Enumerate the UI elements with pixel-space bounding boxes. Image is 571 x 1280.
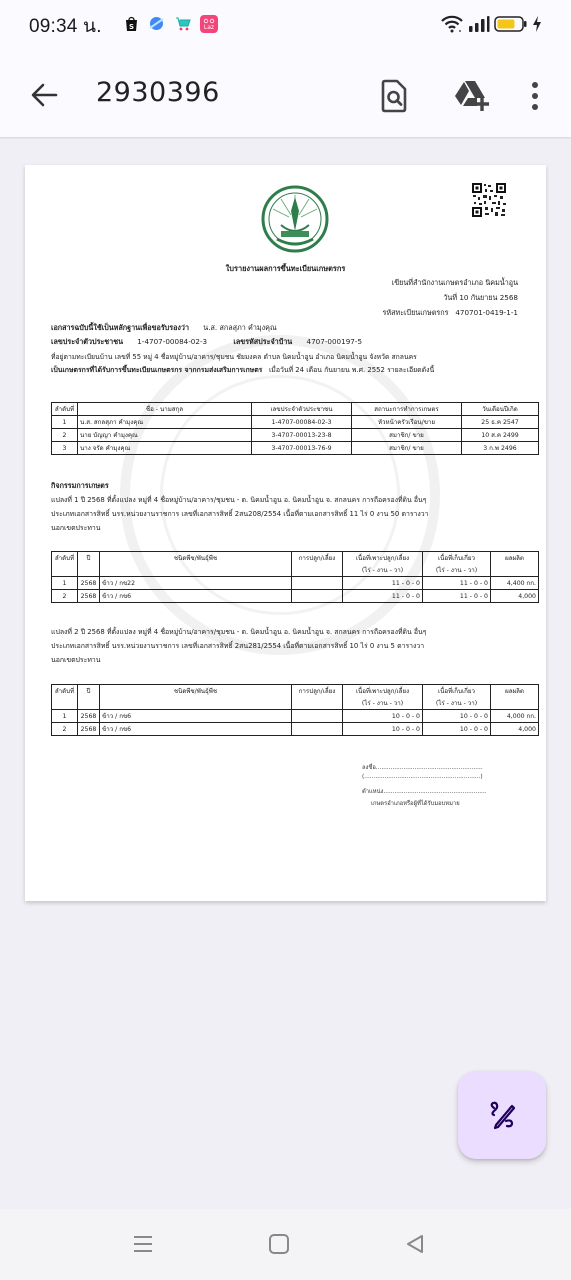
search-in-document-icon xyxy=(380,79,408,113)
house-code-value: 4707-000197-5 xyxy=(307,337,363,346)
charging-icon xyxy=(532,15,542,38)
plot-2-line-1: แปลงที่ 2 ปี 2568 ที่ตั้งแปลง หมู่ที่ 4 … xyxy=(51,627,426,638)
home-icon xyxy=(268,1233,290,1255)
table-row: 2 2568 ข้าว / กข6 10 - 0 - 0 10 - 0 - 0 … xyxy=(52,723,539,736)
signature-line: ลงชื่อ..................................… xyxy=(362,762,483,772)
shopee-icon: S xyxy=(124,15,139,37)
department-logo xyxy=(261,185,329,253)
table-header-row: ลำดับที่ ชื่อ - นามสกุล เลขประจำตัวประชา… xyxy=(52,403,539,416)
document-heading: ใบรายงานผลการขึ้นทะเบียนเกษตรกร xyxy=(25,263,546,275)
activities-title: กิจกรรมการเกษตร xyxy=(51,481,109,492)
certify-name: น.ส. สกลสุภา คำมุงคุณ xyxy=(203,323,276,332)
table-row: 1 2568 ข้าว / กข22 11 - 0 - 0 11 - 0 - 0… xyxy=(52,577,539,590)
signature-role: เกษตรอำเภอหรือผู้ที่ได้รับมอบหมาย xyxy=(371,798,460,808)
signature-position-line: ตำแหน่ง.................................… xyxy=(362,786,487,796)
plot-1-crops-table: ลำดับที่ ปี ชนิดพืช/พันธุ์พืช การปลูก/เล… xyxy=(51,551,539,603)
issue-date: วันที่ 10 กันยายน 2568 xyxy=(443,293,518,304)
battery-icon xyxy=(494,15,528,38)
plot-1-line-3: นอกเขตประทาน xyxy=(51,523,100,534)
signature-name-line: (.......................................… xyxy=(362,774,483,780)
certify-label: เอกสารฉบับนี้ใช้เป็นหลักฐานเพื่อขอรับรอง… xyxy=(51,323,189,332)
issued-at: เขียนที่สำนักงานเกษตรอำเภอ นิคมน้ำอูน xyxy=(392,278,518,289)
plot-2-crops-table: ลำดับที่ ปี ชนิดพืช/พันธุ์พืช การปลูก/เล… xyxy=(51,684,539,736)
table-header-row: ลำดับที่ ปี ชนิดพืช/พันธุ์พืช การปลูก/เล… xyxy=(52,552,539,565)
search-in-document-button[interactable] xyxy=(377,77,411,115)
more-vert-icon xyxy=(530,81,540,111)
signal-icon xyxy=(468,15,490,38)
more-options-button[interactable] xyxy=(520,77,550,115)
id-value: 1-4707-00084-02-3 xyxy=(137,337,207,346)
table-row: 2 นาย บัญญา คำมุงคุณ 3-4707-00013-23-8 ส… xyxy=(52,429,539,442)
table-row: 1 น.ส. สกลสุภา คำมุงคุณ 1-4707-00084-02-… xyxy=(52,416,539,429)
annotate-fab[interactable] xyxy=(458,1071,546,1159)
registration-code-line: รหัสทะเบียนเกษตรกร 470701-0419-1-1 xyxy=(382,308,518,319)
id-line: เลขประจำตัวประชาชน 1-4707-00084-02-3 เลข… xyxy=(51,337,362,348)
plot-1-line-2: ประเภทเอกสารสิทธิ์ นรร.หน่วยงานราชการ เล… xyxy=(51,509,429,520)
registered-date: เมื่อวันที่ 24 เดือน กันยายน พ.ศ. 2552 ร… xyxy=(269,366,434,374)
status-indicators xyxy=(440,15,542,38)
household-members-table: ลำดับที่ ชื่อ - นามสกุล เลขประจำตัวประชา… xyxy=(51,402,539,455)
lazada-icon: Laz xyxy=(200,15,218,38)
back-nav-button[interactable] xyxy=(400,1231,430,1257)
registration-code: 470701-0419-1-1 xyxy=(455,308,518,317)
svg-text:Laz: Laz xyxy=(204,24,214,31)
app-bar: 2930396 xyxy=(0,52,571,138)
plot-2-line-2: ประเภทเอกสารสิทธิ์ นรร.หน่วยงานราชการ เล… xyxy=(51,641,424,652)
add-to-drive-icon xyxy=(453,79,491,113)
pdf-viewer[interactable]: ใบรายงานผลการขึ้นทะเบียนเกษตรกร เขียนที่… xyxy=(0,139,571,1209)
system-nav-bar xyxy=(0,1209,571,1280)
registration-code-label: รหัสทะเบียนเกษตรกร xyxy=(382,308,448,317)
house-code-label: เลขรหัสประจำบ้าน xyxy=(233,337,292,346)
recents-button[interactable] xyxy=(128,1231,158,1257)
table-row: 3 นาง จรัด คำมุงคุณ 3-4707-00013-76-9 สม… xyxy=(52,442,539,455)
home-button[interactable] xyxy=(264,1231,294,1257)
registered-line: เป็นเกษตรกรที่ได้รับการขึ้นทะเบียนเกษตรก… xyxy=(51,365,434,376)
registered-label: เป็นเกษตรกรที่ได้รับการขึ้นทะเบียนเกษตรก… xyxy=(51,366,262,374)
table-header-row: ลำดับที่ ปี ชนิดพืช/พันธุ์พืช การปลูก/เล… xyxy=(52,685,539,698)
document-title: 2930396 xyxy=(96,77,220,108)
document-page: ใบรายงานผลการขึ้นทะเบียนเกษตรกร เขียนที่… xyxy=(25,165,546,901)
notification-icons: S Laz xyxy=(124,15,218,38)
wifi-icon xyxy=(440,15,464,38)
status-bar: 09:34 น. S Laz xyxy=(0,0,571,52)
back-button[interactable] xyxy=(27,78,61,112)
add-to-drive-button[interactable] xyxy=(452,77,492,115)
table-row: 2 2568 ข้าว / กข6 11 - 0 - 0 11 - 0 - 0 … xyxy=(52,590,539,603)
back-icon xyxy=(404,1233,426,1255)
certify-line: เอกสารฉบับนี้ใช้เป็นหลักฐานเพื่อขอรับรอง… xyxy=(51,323,277,334)
browser-icon xyxy=(148,15,165,37)
plot-2-line-3: นอกเขตประทาน xyxy=(51,655,100,666)
lazada-cart-icon xyxy=(174,15,191,37)
ink-pen-icon xyxy=(486,1099,518,1131)
address-line: ที่อยู่ตามทะเบียนบ้าน เลขที่ 55 หมู่ 4 ช… xyxy=(51,351,417,362)
plot-1-line-1: แปลงที่ 1 ปี 2568 ที่ตั้งแปลง หมู่ที่ 4 … xyxy=(51,495,426,506)
table-row: 1 2568 ข้าว / กข6 10 - 0 - 0 10 - 0 - 0 … xyxy=(52,710,539,723)
id-label: เลขประจำตัวประชาชน xyxy=(51,337,123,346)
qr-code xyxy=(471,182,507,218)
svg-text:S: S xyxy=(129,23,134,31)
status-time: 09:34 น. xyxy=(29,11,102,41)
arrow-back-icon xyxy=(29,80,59,110)
recents-icon xyxy=(132,1233,154,1255)
